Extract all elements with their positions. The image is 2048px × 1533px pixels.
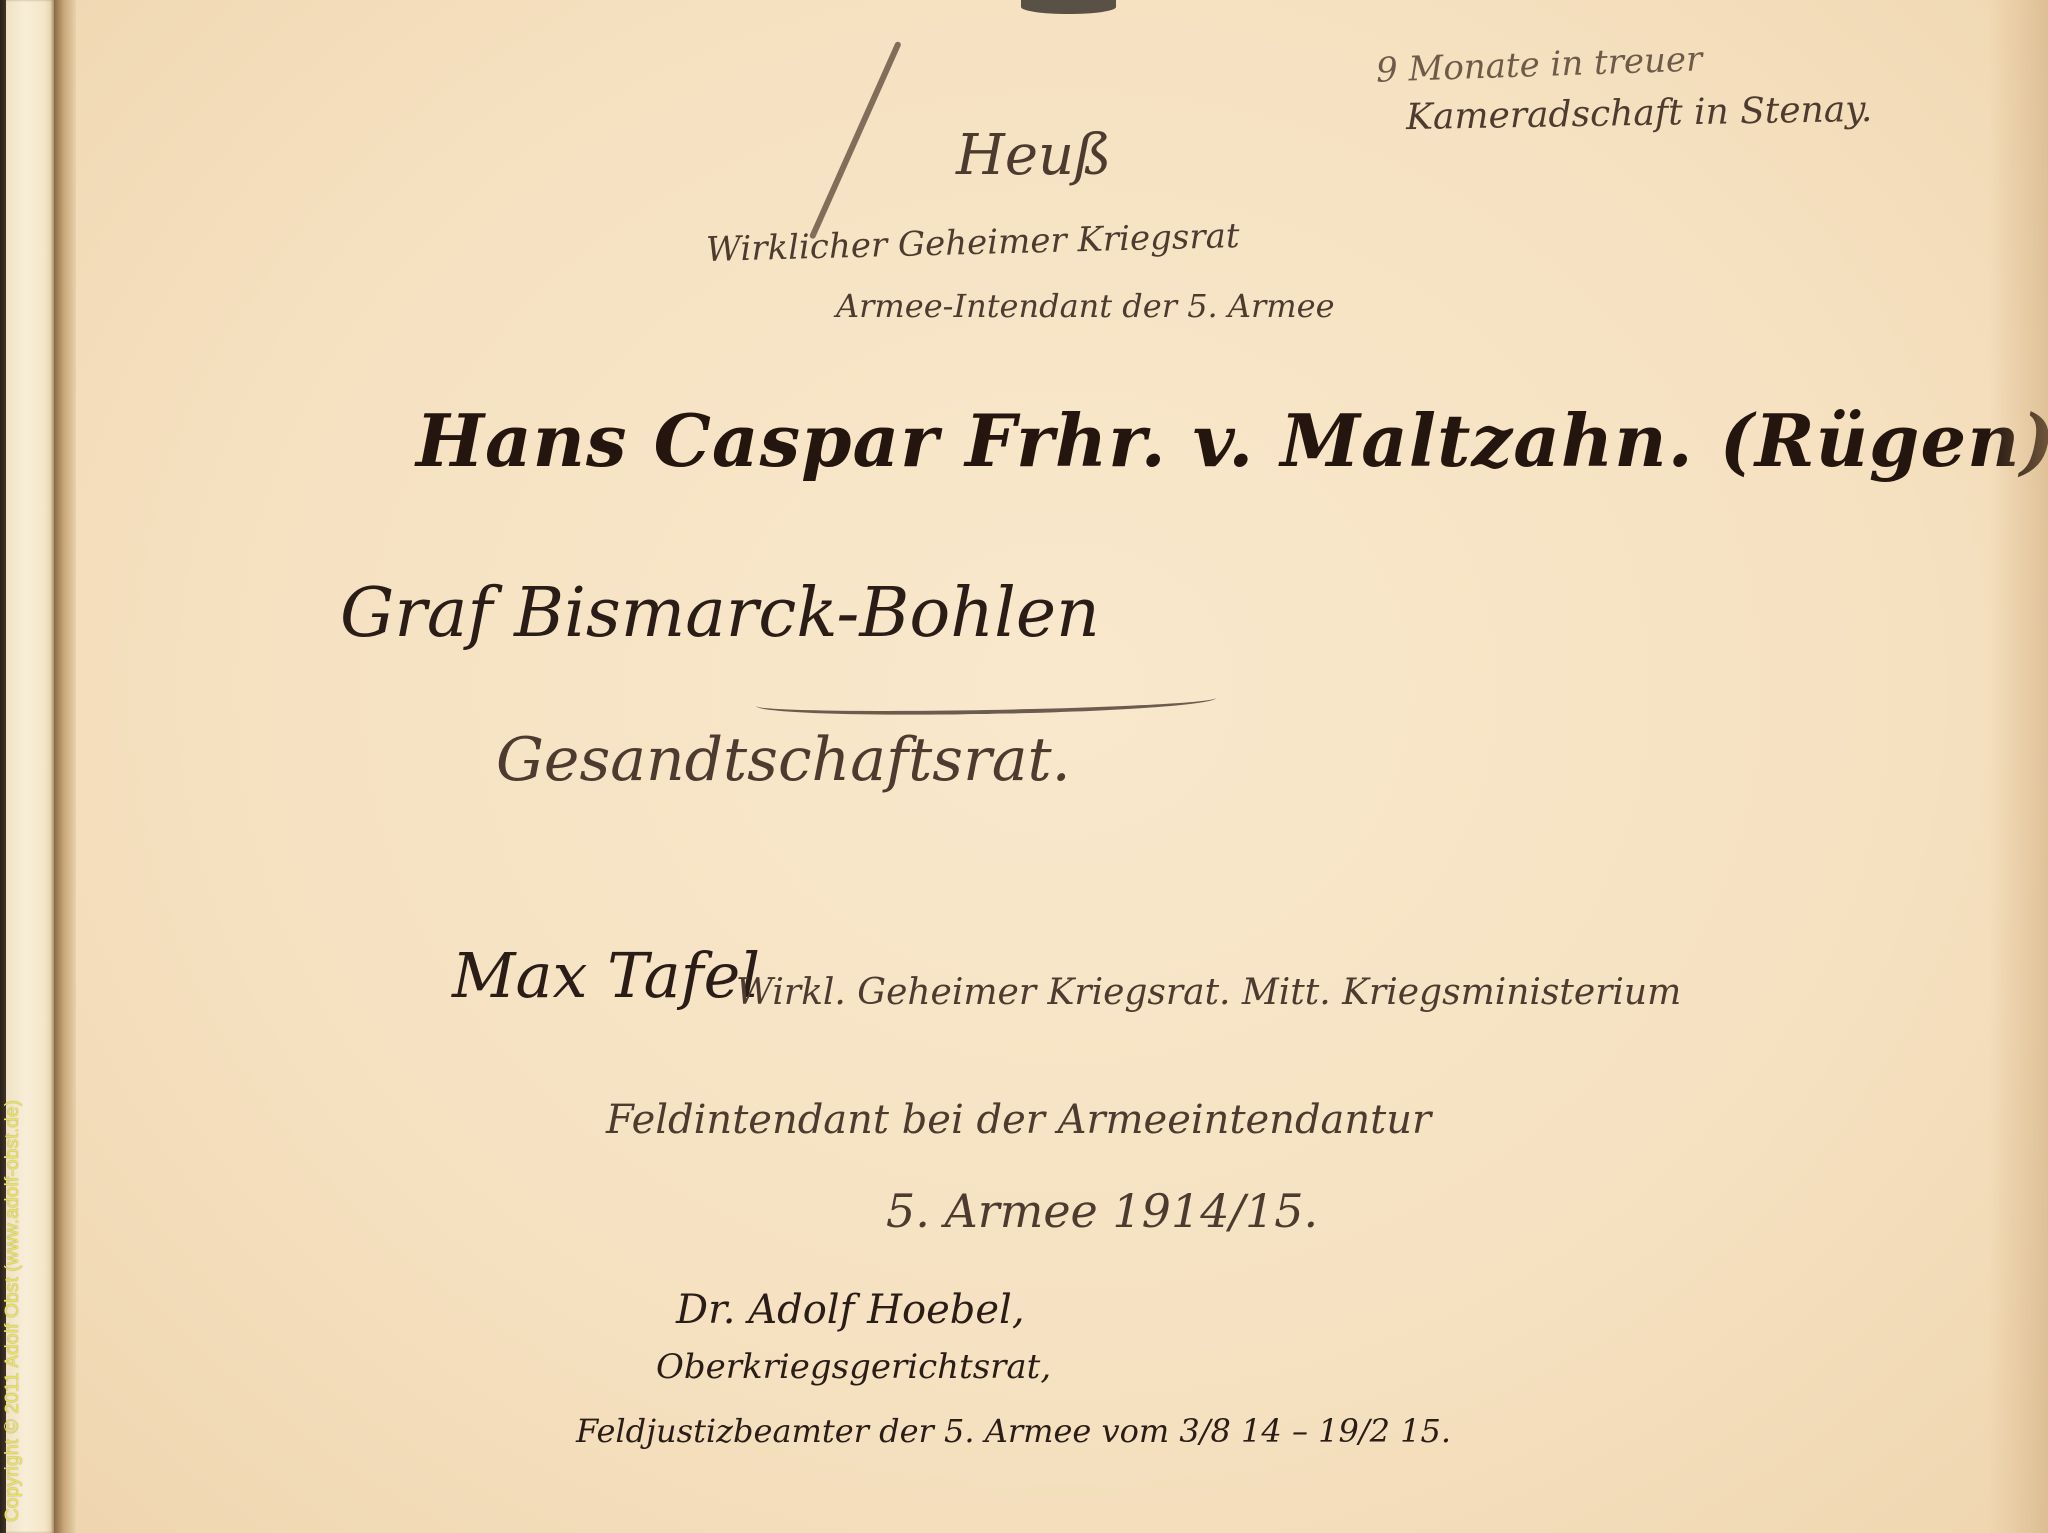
guestbook-page: 9 Monate in treuer Kameradschaft in Sten… (76, 0, 2048, 1533)
signature-maltzahn: Hans Caspar Frhr. v. Maltzahn. (Rügen) (416, 405, 2048, 477)
title-heuss-line2: Armee-Intendant der 5. Armee (836, 290, 1335, 322)
signature-max-tafel: Max Tafel (452, 945, 760, 1007)
title-bismarck-bohlen: Gesandtschaftsrat. (496, 730, 1071, 790)
signature-bismarck-bohlen: Graf Bismarck-Bohlen (340, 580, 1100, 648)
copyright-watermark: Copyright © 2011 Adolf Obst (www.adolf-o… (2, 1100, 24, 1522)
unit-date-max-tafel: 5. Armee 1914/15. (886, 1188, 1318, 1234)
signature-heuss: Heuß (956, 128, 1111, 184)
title-heuss-line1: Wirklicher Geheimer Kriegsrat (706, 219, 1240, 267)
role-max-tafel: Feldintendant bei der Armeeintendantur (606, 1100, 1431, 1140)
title-adolf-hoebel: Oberkriegsgerichtsrat, (656, 1350, 1051, 1384)
note-top-right-line1: 9 Monate in treuer (1376, 42, 1703, 87)
role-adolf-hoebel: Feldjustizbeamter der 5. Armee vom 3/8 1… (576, 1415, 1451, 1447)
signature-adolf-hoebel: Dr. Adolf Hoebel, (676, 1290, 1025, 1330)
title-max-tafel: Wirkl. Geheimer Kriegsrat. Mitt. Kriegsm… (736, 975, 1681, 1011)
signature-flourish-stroke (809, 41, 902, 240)
signature-underline (756, 686, 1216, 718)
page-gutter-shadow (54, 0, 76, 1533)
note-top-right-line2: Kameradschaft in Stenay. (1406, 92, 1873, 136)
ink-blot (1021, 0, 1116, 14)
